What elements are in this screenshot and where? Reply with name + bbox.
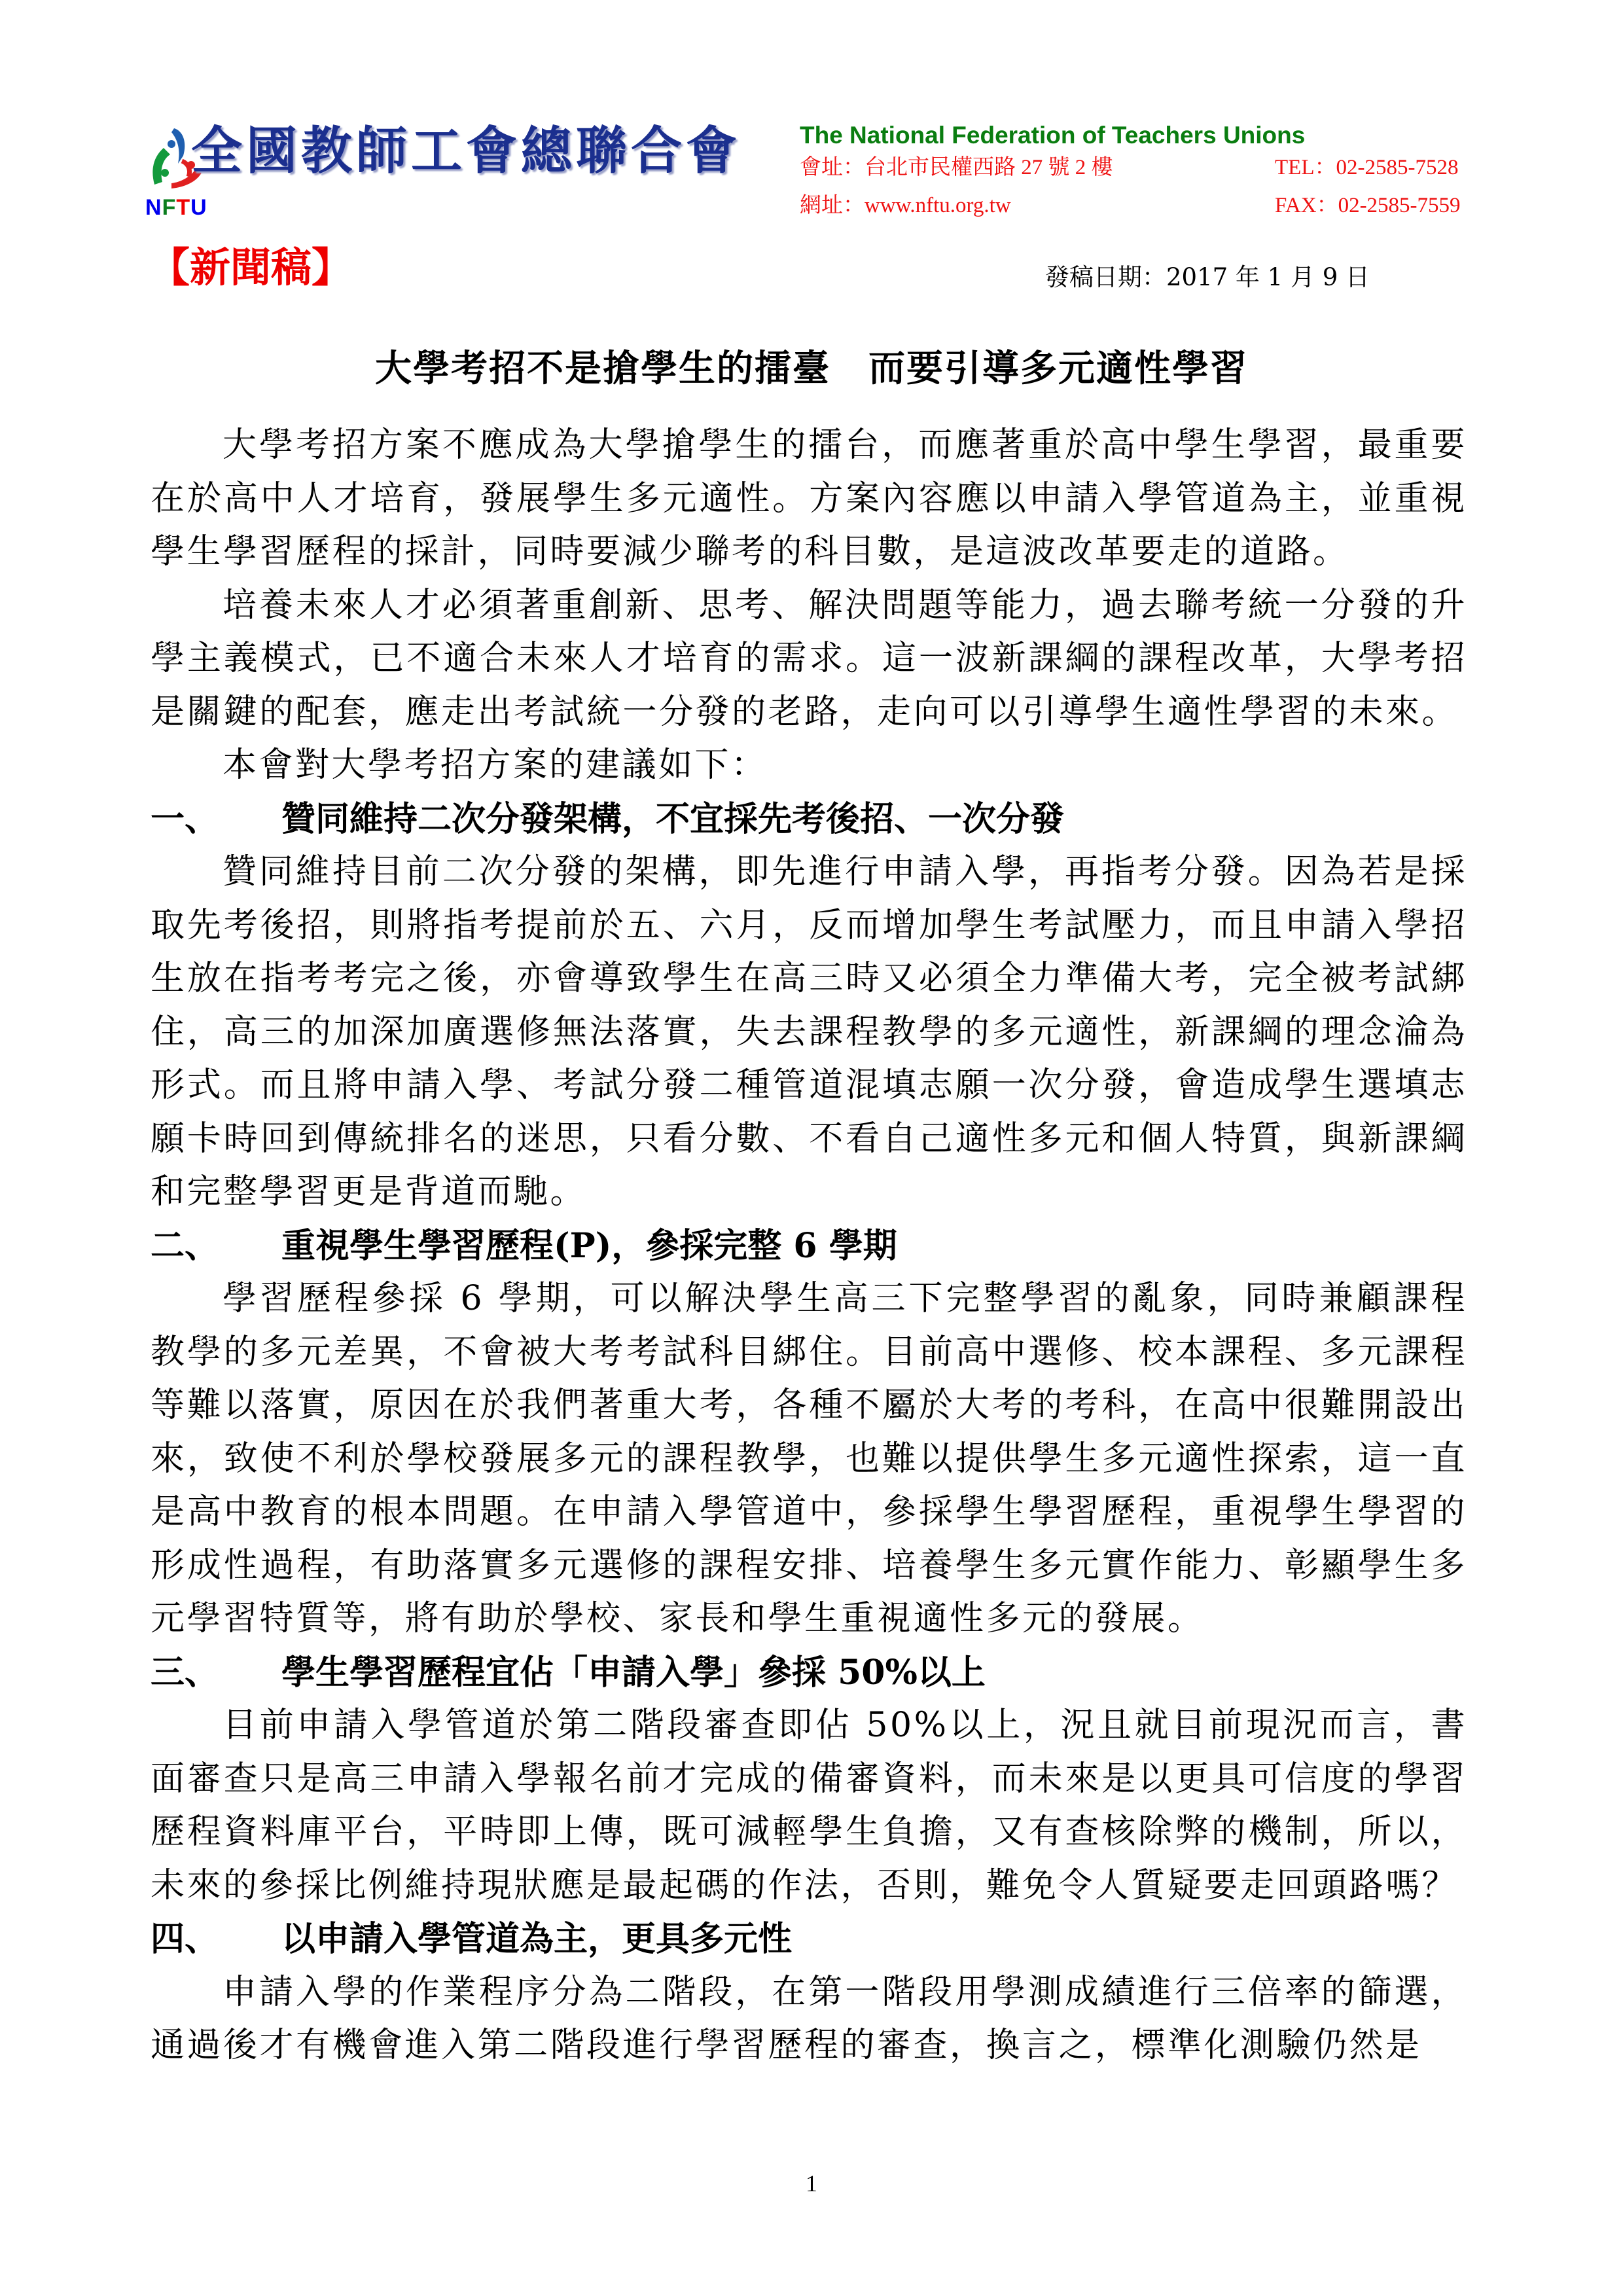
org-name-chinese: 全國教師工會總聯合會 xyxy=(191,126,741,177)
section-number: 四、 xyxy=(151,1912,281,1966)
release-date: 發稿日期：2017 年 1 月 9 日 xyxy=(1045,265,1370,289)
section-heading-3: 三、 學生學習歷程宜佔「申請入學」參採 50%以上 xyxy=(151,1646,1467,1700)
section-number: 二、 xyxy=(151,1219,281,1273)
paragraph: 目前申請入學管道於第二階段審查即佔 50%以上，況且就目前現況而言，書面審查只是… xyxy=(151,1699,1467,1912)
org-fax: FAX：02-2585-7559 xyxy=(1275,195,1461,217)
section-heading-text: 以申請入學管道為主，更具多元性 xyxy=(281,1912,792,1966)
paragraph: 贊同維持目前二次分發的架構，即先進行申請入學，再指考分發。因為若是採取先考後招，… xyxy=(151,846,1467,1219)
section-heading-4: 四、 以申請入學管道為主，更具多元性 xyxy=(151,1912,1467,1966)
nftu-logo-text: NFTU xyxy=(145,196,207,219)
document-body: 大學考招方案不應成為大學搶學生的擂台，而應著重於高中學生學習，最重要在於高中人才… xyxy=(151,419,1467,2073)
section-heading-text: 贊同維持二次分發架構，不宜採先考後招、一次分發 xyxy=(281,793,1064,846)
section-heading-text: 學生學習歷程宜佔「申請入學」參採 50%以上 xyxy=(281,1646,986,1700)
org-address: 會址：台北市民權西路 27 號 2 樓 xyxy=(800,157,1113,179)
paragraph: 大學考招方案不應成為大學搶學生的擂台，而應著重於高中學生學習，最重要在於高中人才… xyxy=(151,419,1467,579)
section-heading-1: 一、 贊同維持二次分發架構，不宜採先考後招、一次分發 xyxy=(151,793,1467,846)
section-number: 三、 xyxy=(151,1646,281,1700)
section-heading-2: 二、 重視學生學習歷程(P)，參採完整 6 學期 xyxy=(151,1219,1467,1273)
org-telephone: TEL：02-2585-7528 xyxy=(1275,157,1458,179)
org-website: 網址：www.nftu.org.tw xyxy=(800,195,1011,217)
paragraph: 學習歷程參採 6 學期，可以解決學生高三下完整學習的亂象，同時兼顧課程教學的多元… xyxy=(151,1272,1467,1646)
section-heading-text: 重視學生學習歷程(P)，參採完整 6 學期 xyxy=(281,1219,897,1273)
document-title: 大學考招不是搶學生的擂臺 而要引導多元適性學習 xyxy=(0,350,1623,387)
letterhead: NFTU 全國教師工會總聯合會 The National Federation … xyxy=(0,0,1623,236)
paragraph: 本會對大學考招方案的建議如下： xyxy=(151,739,1467,793)
press-release-tag: 【新聞稿】 xyxy=(149,247,352,288)
paragraph: 申請入學的作業程序分為二階段，在第一階段用學測成績進行三倍率的篩選，通過後才有機… xyxy=(151,1966,1467,2073)
org-name-english: The National Federation of Teachers Unio… xyxy=(800,123,1305,147)
section-number: 一、 xyxy=(151,793,281,846)
page-number: 1 xyxy=(0,2172,1623,2195)
paragraph: 培養未來人才必須著重創新、思考、解決問題等能力，過去聯考統一分發的升學主義模式，… xyxy=(151,579,1467,740)
